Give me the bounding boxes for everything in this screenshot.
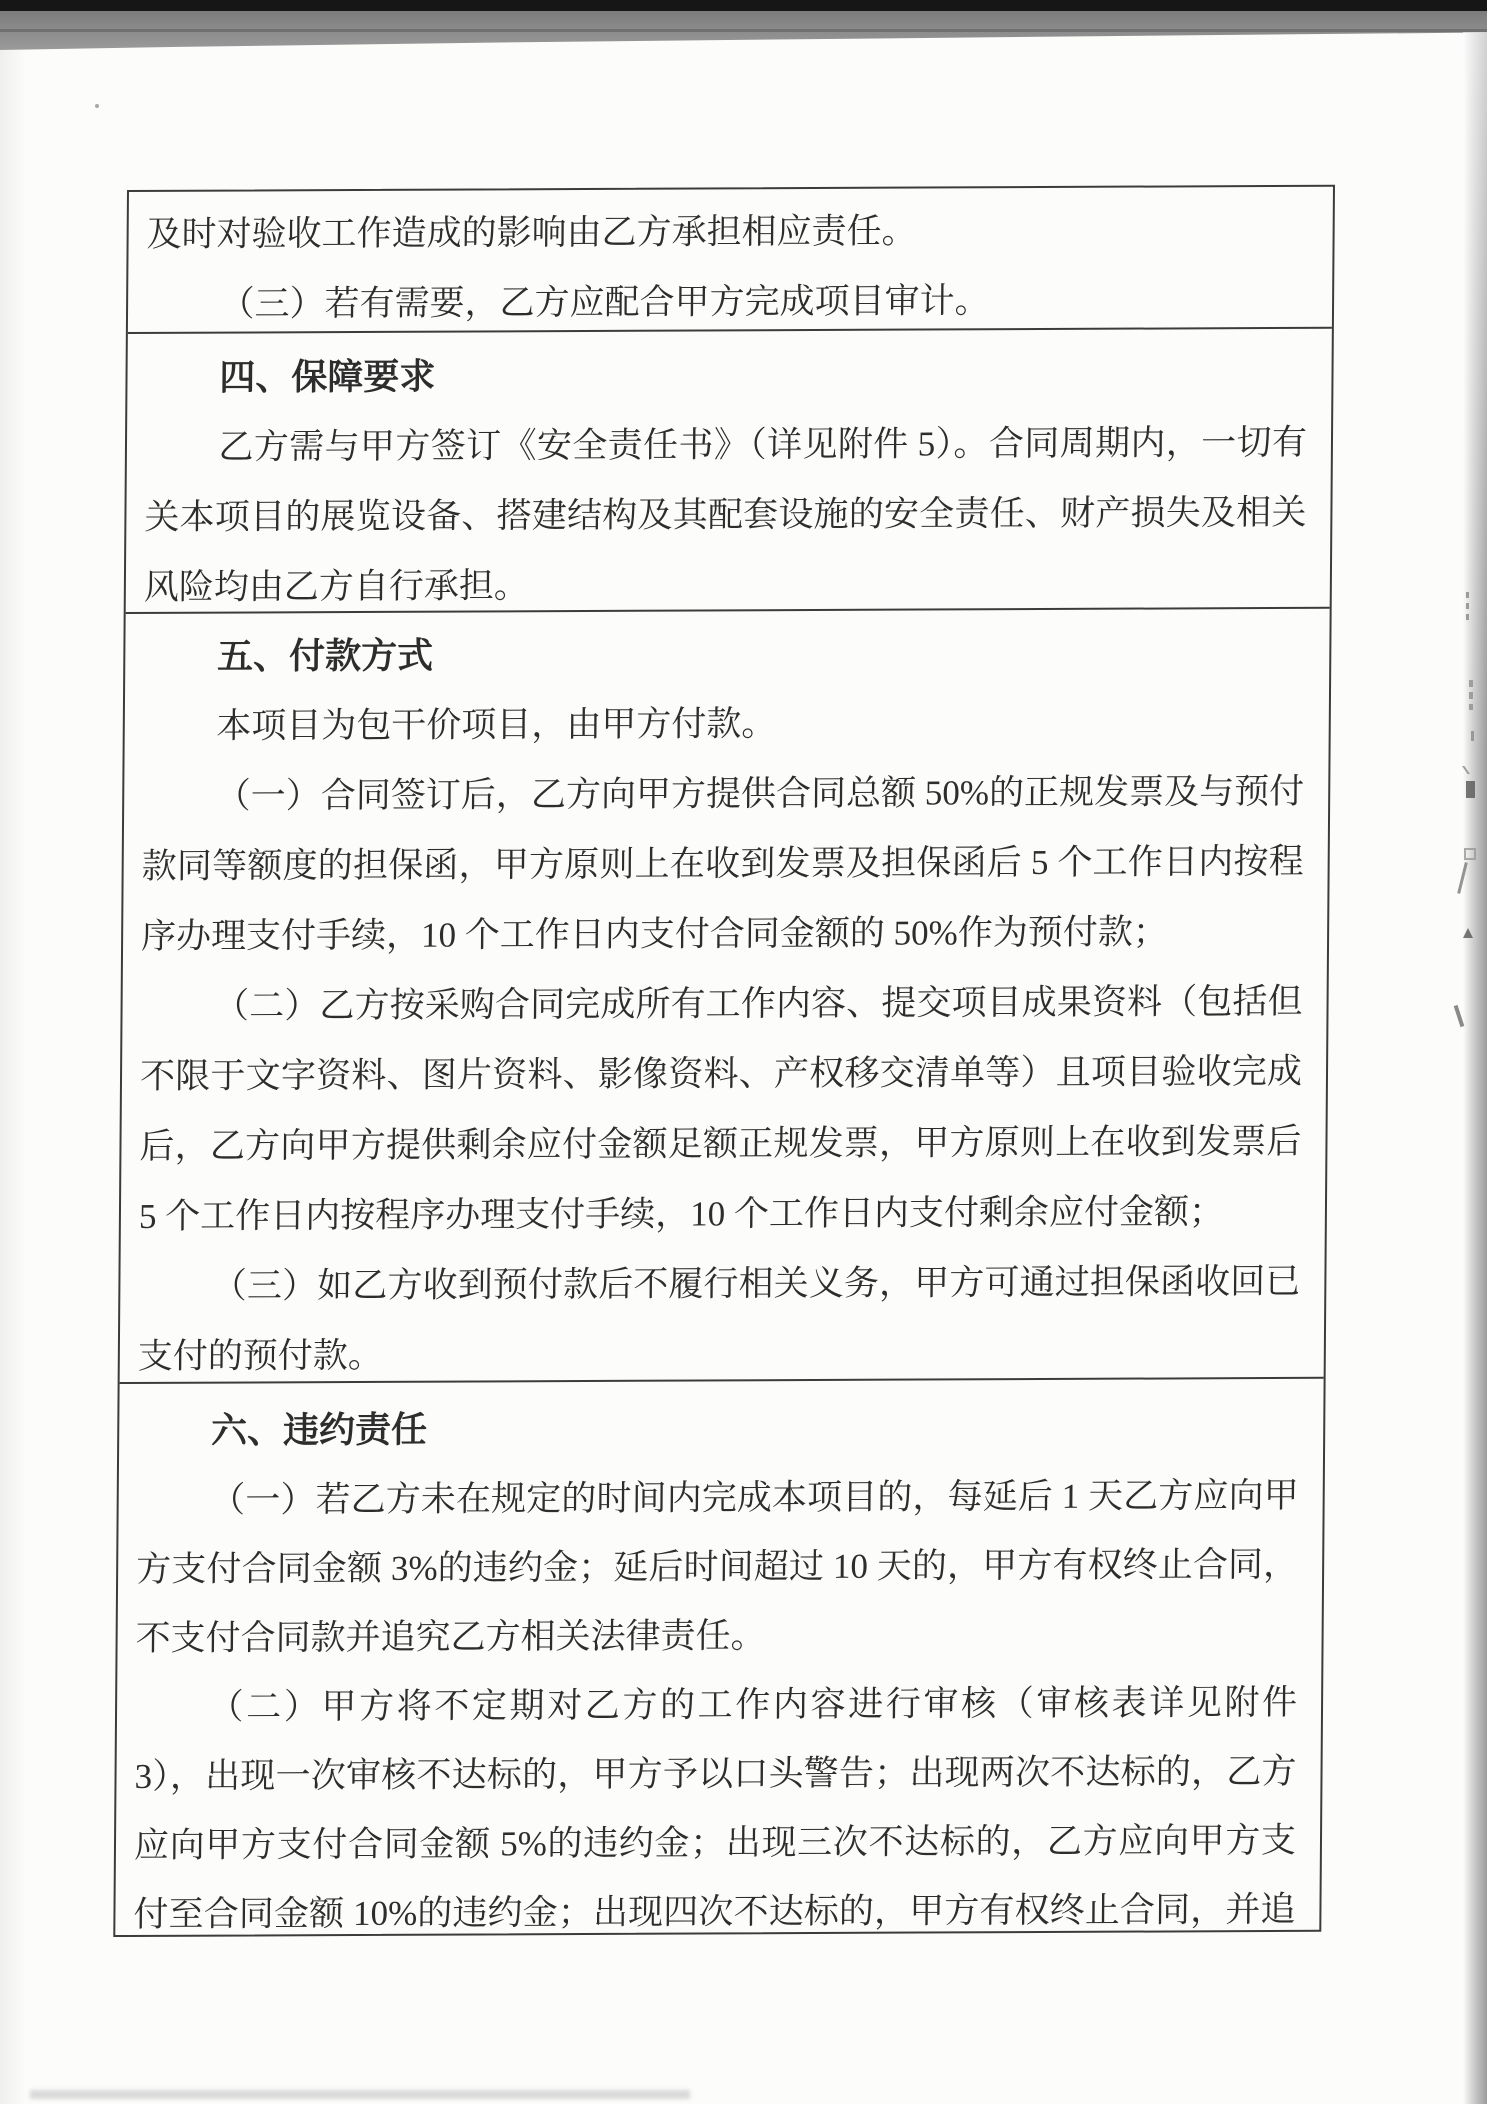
scan-top-gray-band	[0, 11, 1487, 50]
scan-bleed-mark	[1469, 680, 1473, 710]
table-row-acceptance-continued: 及时对验收工作造成的影响由乙方承担相应责任。 （三）若有需要，乙方应配合甲方完成…	[128, 187, 1333, 332]
table-row-section-breach: 六、违约责任 （一）若乙方未在规定的时间内完成本项目的，每延后 1 天乙方应向甲…	[115, 1377, 1323, 1935]
scan-speck	[95, 104, 99, 108]
clause-paragraph: 及时对验收工作造成的影响由乙方承担相应责任。	[146, 195, 1309, 270]
clause-paragraph: （一）合同签订后，乙方向甲方提供合同总额 50%的正规发票及与预付款同等额度的担…	[141, 757, 1305, 972]
clause-paragraph: （三）如乙方收到预付款后不履行相关义务，甲方可通过担保函收回已支付的预付款。	[138, 1247, 1301, 1382]
scan-bleed-mark	[1471, 731, 1474, 741]
scan-ghost-text	[30, 2090, 690, 2099]
clause-paragraph: （三）若有需要，乙方应配合甲方完成项目审计。	[146, 265, 1309, 332]
clause-paragraph: 乙方需与甲方签订《安全责任书》（详见附件 5）。合同周期内，一切有关本项目的展览…	[144, 408, 1308, 612]
scan-left-edge-shade	[0, 50, 26, 2104]
scan-bleed-mark	[1466, 781, 1475, 798]
clause-paragraph: （二）乙方按采购合同完成所有工作内容、提交项目成果资料（包括但不限于文字资料、图…	[139, 967, 1303, 1252]
scan-right-edge-shadow	[1463, 32, 1487, 2104]
clause-paragraph: 本项目为包干价项目，由甲方付款。	[143, 687, 1306, 762]
contract-table: 及时对验收工作造成的影响由乙方承担相应责任。 （三）若有需要，乙方应配合甲方完成…	[113, 185, 1335, 1937]
section-heading-breach: 六、违约责任	[137, 1392, 1300, 1466]
clause-paragraph: （二）甲方将不定期对乙方的工作内容进行审核（审核表详见附件 3），出现一次审核不…	[133, 1668, 1298, 1935]
section-heading-guarantee: 四、保障要求	[145, 338, 1308, 413]
scan-bleed-mark	[1466, 592, 1469, 622]
scan-top-black-edge	[0, 0, 1487, 12]
table-row-section-payment: 五、付款方式 本项目为包干价项目，由甲方付款。 （一）合同签订后，乙方向甲方提供…	[120, 607, 1330, 1382]
table-row-section-guarantee: 四、保障要求 乙方需与甲方签订《安全责任书》（详见附件 5）。合同周期内，一切有…	[126, 327, 1332, 612]
scan-bleed-mark	[1464, 848, 1476, 860]
section-heading-payment: 五、付款方式	[143, 617, 1306, 692]
clause-paragraph: （一）若乙方未在规定的时间内完成本项目的，每延后 1 天乙方应向甲方支付合同金额…	[135, 1461, 1299, 1673]
